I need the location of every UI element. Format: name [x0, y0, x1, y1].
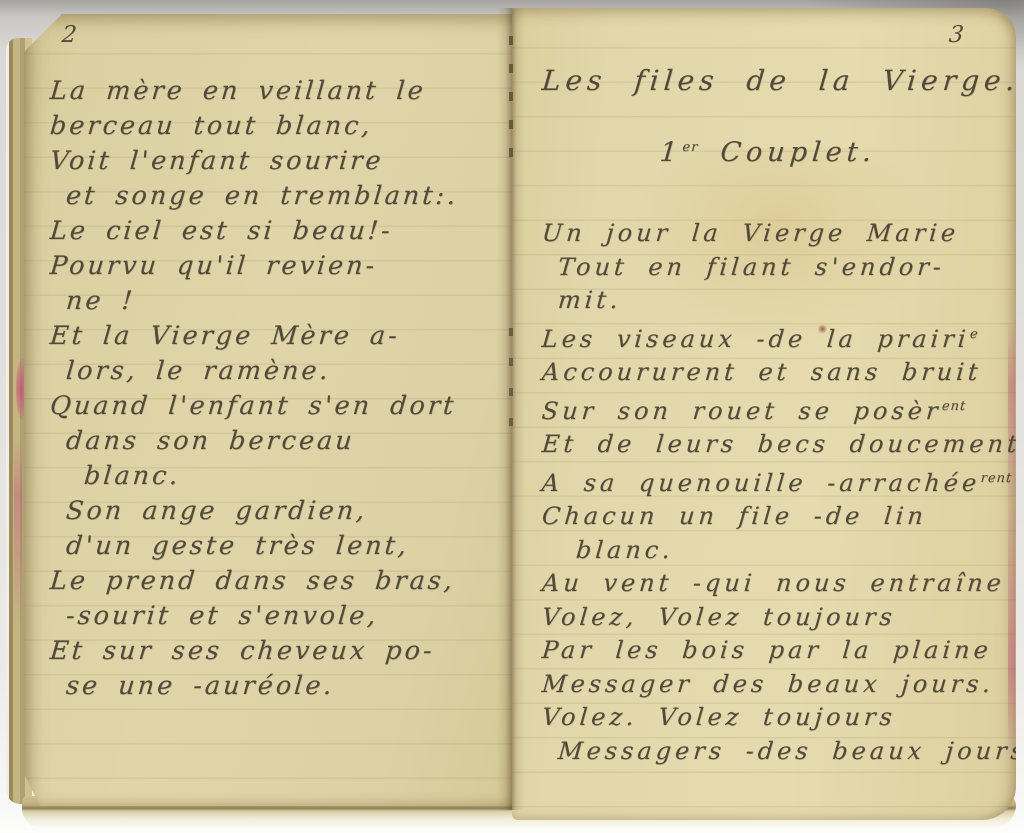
handwritten-line: d'un geste très lent,	[64, 529, 501, 564]
handwritten-line: Un jour la Vierge Marie	[541, 217, 1006, 251]
handwritten-line: Sur son rouet se posèrent	[540, 390, 1005, 429]
handwritten-line: -sourit et s'envole,	[64, 599, 501, 634]
handwritten-line: Les files de la Vierge.-	[540, 58, 1006, 104]
handwritten-line: Pourvu qu'il revien-	[48, 249, 501, 284]
handwritten-line: blanc.	[82, 459, 501, 494]
handwritten-line: Chacun un file -de lin	[541, 500, 1006, 534]
handwritten-line: Par les bois par la plaine	[541, 634, 1006, 668]
page-right: 3 Les files de la Vierge.-1er Couplet.Un…	[512, 8, 1016, 820]
handwritten-line: dans son berceau	[64, 424, 501, 459]
scanned-notebook-spread: 2 La mère en veillant leberceau tout bla…	[0, 0, 1024, 833]
handwritten-line: Son ange gardien,	[64, 494, 501, 529]
handwritten-line: ne !	[64, 284, 501, 319]
page-number-right: 3	[948, 22, 965, 48]
handwritten-line: Et la Vierge Mère a-	[48, 319, 501, 354]
handwritten-line: blanc.	[575, 534, 1006, 568]
handwritten-line: A sa quenouille -arrachéerent	[540, 462, 1005, 501]
handwritten-line: Volez. Volez toujours	[541, 701, 1006, 735]
handwritten-line: La mère en veillant le	[48, 74, 501, 109]
handwritten-line: berceau tout blanc,	[48, 109, 501, 144]
handwritten-line: Le prend dans ses bras,	[48, 564, 501, 599]
handwritten-line: Les viseaux -de la prairie	[540, 318, 1005, 357]
handwritten-line: 1er Couplet.	[658, 128, 1006, 173]
page-left: 2 La mère en veillant leberceau tout bla…	[24, 14, 512, 806]
handwritten-line: Tout en filant s'endor-	[557, 251, 1006, 285]
handwritten-line: Quand l'enfant s'en dort	[48, 389, 501, 424]
right-page-text: Les files de la Vierge.-1er Couplet.Un j…	[542, 58, 1004, 768]
handwritten-line: Messager des beaux jours.	[541, 668, 1006, 702]
handwritten-line: Et sur ses cheveux po-	[48, 634, 501, 669]
handwritten-line: mit.	[557, 284, 1006, 318]
handwritten-line: Et de leurs becs doucement	[541, 428, 1006, 462]
left-page-text: La mère en veillant leberceau tout blanc…	[50, 74, 500, 704]
handwritten-line: Accoururent et sans bruit	[541, 356, 1006, 390]
handwritten-line: Le ciel est si beau!-	[48, 214, 501, 249]
notebook: 2 La mère en veillant leberceau tout bla…	[0, 0, 1024, 833]
pink-dye-edge	[1008, 318, 1015, 758]
handwritten-line: Au vent -qui nous entraîne	[541, 567, 1006, 601]
page-number-left: 2	[61, 22, 78, 48]
handwritten-line: et songe en tremblant:.	[64, 179, 501, 214]
handwritten-line: lors, le ramène.	[64, 354, 501, 389]
handwritten-line: Voit l'enfant sourire	[48, 144, 501, 179]
handwritten-line: Messagers -des beaux jours.	[557, 735, 1006, 769]
handwritten-line: se une -auréole.	[64, 669, 501, 704]
handwritten-line: Volez, Volez toujours	[541, 601, 1006, 635]
